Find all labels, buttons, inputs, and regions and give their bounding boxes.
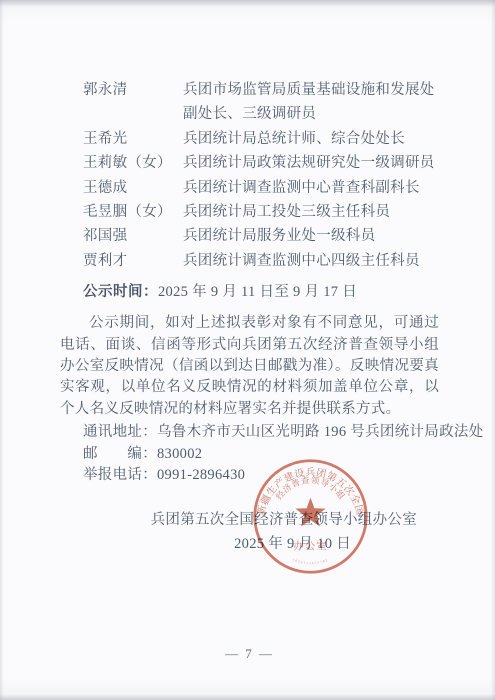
scan-shadow-left (0, 0, 4, 700)
recipient-title: 兵团统计局服务业处一级科员 (183, 224, 439, 248)
recipient-title: 兵团统计局总统计师、综合处处长 (183, 127, 439, 151)
contact-address-line: 通讯地址：乌鲁木齐市天山区光明路 196 号兵团统计局政法处 (60, 422, 439, 444)
recipient-row: 王希光 兵团统计局总统计师、综合处处长 (60, 127, 439, 151)
recipient-title: 兵团市场监管局质量基础设施和发展处 副处长、三级调研员 (183, 78, 439, 127)
publicity-period-label: 公示时间： (83, 284, 158, 300)
recipient-row: 王莉敏（女） 兵团统计局政策法规研究处一级调研员 (60, 151, 439, 175)
recipient-name: 祁国强 (83, 224, 183, 248)
signature-office-name: 兵团第五次全国经济普查领导小组办公室 (60, 508, 439, 532)
recipient-row: 毛昱胭（女） 兵团统计局工投处三级主任科员 (60, 200, 439, 224)
contact-phone-value: 0991-2896430 (157, 467, 245, 483)
document-content: 郭永清 兵团市场监管局质量基础设施和发展处 副处长、三级调研员 王希光 兵团统计… (60, 78, 439, 556)
scan-shadow-bottom (0, 694, 495, 700)
contact-address-label: 通讯地址： (83, 424, 157, 440)
notice-body-paragraph: 公示期间，如对上述拟表彰对象有不同意见，可通过电话、面谈、信函等形式向兵团第五次… (60, 313, 439, 420)
recipient-name: 郭永清 (83, 78, 183, 102)
recipient-title: 兵团统计调查监测中心四级主任科员 (183, 249, 439, 273)
recipient-row: 郭永清 兵团市场监管局质量基础设施和发展处 副处长、三级调研员 (60, 78, 439, 127)
recipient-row: 王德成 兵团统计调查监测中心普查科副科长 (60, 176, 439, 200)
recipient-title-line: 副处长、三级调研员 (183, 102, 439, 126)
signature-date: 2025 年 9 月 10 日 (60, 532, 439, 556)
seal-serial-number: 1650123456782 (292, 558, 329, 565)
signature-block: 兵团第五次全国经济普查领导小组办公室 2025 年 9 月 10 日 (60, 508, 439, 556)
recipient-title: 兵团统计调查监测中心普查科副科长 (183, 176, 439, 200)
recipient-row: 贾利才 兵团统计调查监测中心四级主任科员 (60, 249, 439, 273)
recipient-name: 毛昱胭（女） (83, 200, 183, 224)
contact-phone-label: 举报电话： (83, 467, 157, 483)
recipient-name: 贾利才 (83, 249, 183, 273)
contact-address-value: 乌鲁木齐市天山区光明路 196 号兵团统计局政法处 (157, 424, 484, 440)
recipient-title: 兵团统计局工投处三级主任科员 (183, 200, 439, 224)
recipient-name: 王莉敏（女） (83, 151, 183, 175)
contact-phone-line: 举报电话：0991-2896430 (60, 465, 439, 487)
recipient-title-line: 兵团市场监管局质量基础设施和发展处 (183, 78, 439, 102)
recipient-list: 郭永清 兵团市场监管局质量基础设施和发展处 副处长、三级调研员 王希光 兵团统计… (60, 78, 439, 273)
recipient-name: 王希光 (83, 127, 183, 151)
contact-block: 通讯地址：乌鲁木齐市天山区光明路 196 号兵团统计局政法处 邮 编：83000… (60, 422, 439, 487)
contact-postcode-label: 邮 编： (83, 446, 157, 462)
scan-shadow-top (0, 0, 495, 7)
document-page: 郭永清 兵团市场监管局质量基础设施和发展处 副处长、三级调研员 王希光 兵团统计… (0, 0, 495, 700)
contact-postcode-line: 邮 编：830002 (60, 444, 439, 466)
page-number: — 7 — (60, 646, 439, 662)
scan-shadow-right (491, 0, 495, 700)
contact-postcode-value: 830002 (157, 446, 202, 462)
recipient-title: 兵团统计局政策法规研究处一级调研员 (183, 151, 439, 175)
publicity-period-value: 2025 年 9 月 11 日至 9 月 17 日 (158, 284, 357, 300)
svg-text:1650123456782: 1650123456782 (292, 558, 329, 565)
publicity-period-line: 公示时间：2025 年 9 月 11 日至 9 月 17 日 (60, 280, 439, 304)
recipient-name: 王德成 (83, 176, 183, 200)
recipient-row: 祁国强 兵团统计局服务业处一级科员 (60, 224, 439, 248)
